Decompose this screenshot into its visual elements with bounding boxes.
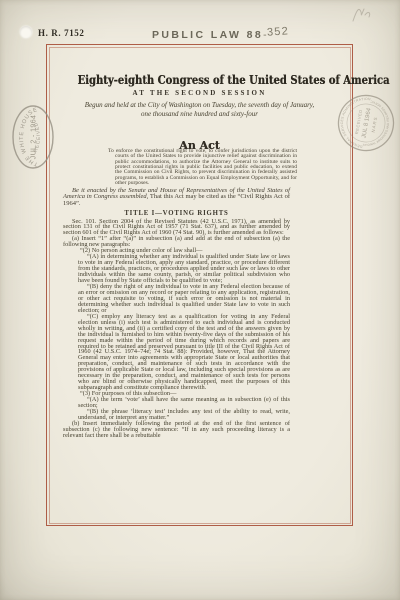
begun-line-2: one thousand nine hundred and sixty-four [47,110,352,118]
act-paragraph: Sec. 101. Section 2004 of the Revised St… [63,219,290,237]
act-paragraph: (b) Insert immediately following the per… [63,421,290,439]
archives-stamp-agency: NARS [371,116,379,133]
white-house-stamp-date: JUL 2 - 1964 [31,115,38,160]
white-house-stamp-title: THE WHITE HOUSE [19,107,39,167]
act-paragraph: “(B) deny the right of any individual to… [78,284,290,314]
enacting-clause: Be it enacted by the Senate and House of… [63,188,290,207]
act-paragraph: “(C) employ any literacy test as a quali… [78,314,290,391]
title-heading: TITLE I—VOTING RIGHTS [63,210,290,217]
act-preamble: To enforce the constitutional right to v… [108,149,297,186]
archives-stamp-received: RECEIVED [354,109,363,135]
archives-stamp-date: JUL 8 1964 [361,107,372,139]
congress-title: Eighty-eighth Congress of the United Sta… [78,72,322,87]
act-body: Sec. 101. Section 2004 of the Revised St… [63,219,290,439]
bill-number: H. R. 7152 [38,28,85,38]
public-law-number-pencil: 352 [266,25,289,39]
document-page: H. R. 7152 PUBLIC LAW 88-352 Eighty-eigh… [0,0,400,600]
public-law-stamp: PUBLIC LAW 88-352 [152,25,289,43]
public-law-stamp-text: PUBLIC LAW 88 [152,29,263,41]
pencil-annotation [348,3,382,25]
punch-hole [20,26,32,38]
begun-line-1: Begun and held at the City of Washington… [47,101,352,109]
act-paragraph: “(A) in determining whether any individu… [78,254,290,284]
session-line: AT THE SECOND SESSION [47,89,352,97]
ornamental-border: Eighty-eighth Congress of the United Sta… [46,44,353,526]
white-house-stamp-received: RECEIVED [33,121,42,153]
